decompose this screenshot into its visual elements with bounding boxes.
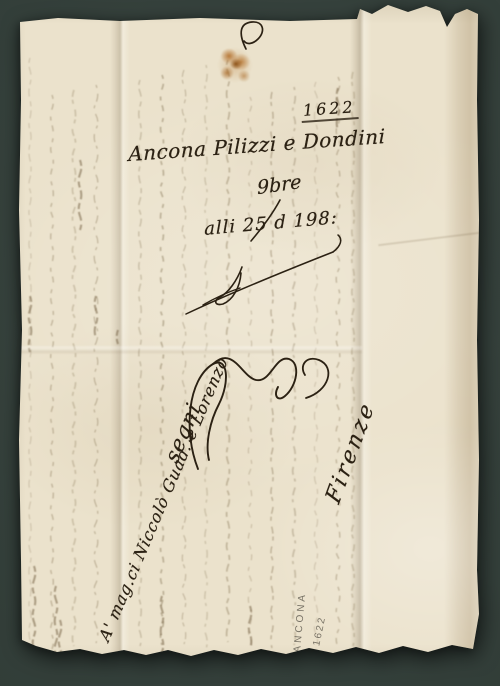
ink-flourishes [0,0,500,686]
ink-curl-mark [241,22,262,49]
photo-background: 1622 Ancona Pilizzi e Dondini 9bre alli … [0,0,500,686]
letter-paper: 1622 Ancona Pilizzi e Dondini 9bre alli … [0,0,500,686]
paraph-main-stroke [186,252,333,314]
year-inscription: 1622 [300,97,358,123]
paraph-hook [333,235,341,252]
address-flourish-curl [303,359,329,398]
paper-shadow-wrap: 1622 Ancona Pilizzi e Dondini 9bre alli … [0,0,500,686]
